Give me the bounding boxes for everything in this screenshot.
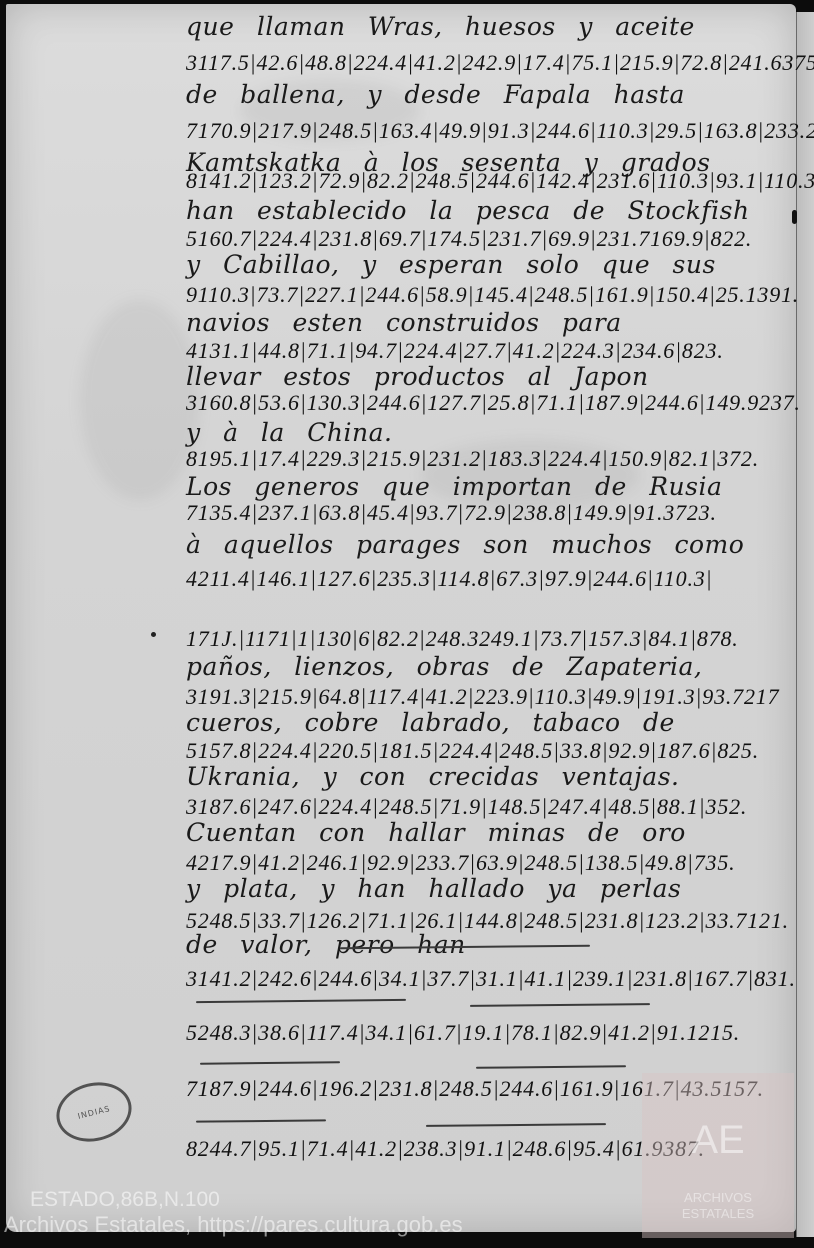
cipher-line: 7170.9|217.9|248.5|163.4|49.9|91.3|244.6…: [186, 118, 814, 144]
paper-stain: [80, 300, 200, 500]
cipher-line: 3191.3|215.9|64.8|117.4|41.2|223.9|110.3…: [186, 684, 779, 710]
prose-line: paños, lienzos, obras de Zapateria,: [186, 652, 702, 681]
logo-line-1: ARCHIVOS: [642, 1190, 794, 1206]
prose-line: que llaman Wras, huesos y aceite: [186, 12, 695, 41]
prose-line: Los generos que importan de Rusia: [186, 472, 722, 501]
page-edge: [796, 12, 814, 1237]
cipher-line: 5248.3|38.6|117.4|34.1|61.7|19.1|78.1|82…: [186, 1020, 740, 1046]
prose-line: à aquellos parages son muchos como: [186, 530, 744, 559]
prose-line: de valor, pero han: [186, 930, 466, 959]
prose-line: de ballena, y desde Fapala hasta: [186, 80, 685, 109]
archive-logo-icon: AE: [642, 1118, 794, 1162]
cipher-line: 4211.4|146.1|127.6|235.3|114.8|67.3|97.9…: [186, 566, 712, 592]
cipher-line: 5157.8|224.4|220.5|181.5|224.4|248.5|33.…: [186, 738, 759, 764]
ink-blot: [792, 210, 797, 224]
cipher-line: 5160.7|224.4|231.8|69.7|174.5|231.7|69.9…: [186, 226, 752, 252]
cipher-line: 3160.8|53.6|130.3|244.6|127.7|25.8|71.1|…: [186, 390, 801, 416]
cipher-line: 171J.|1171|1|130|6|82.2|248.3249.1|73.7|…: [186, 626, 739, 652]
prose-line: han establecido la pesca de Stockfish: [186, 196, 750, 225]
archive-logo-watermark: AE ARCHIVOS ESTATALES: [642, 1073, 794, 1238]
cipher-line: 3187.6|247.6|224.4|248.5|71.9|148.5|247.…: [186, 794, 747, 820]
cipher-line: 3141.2|242.6|244.6|34.1|37.7|31.1|41.1|2…: [186, 966, 796, 992]
prose-line: y à la China.: [186, 418, 392, 447]
ink-dot: [151, 632, 156, 637]
archive-source-link: Archivos Estatales, https://pares.cultur…: [4, 1212, 463, 1238]
cipher-line: 8195.1|17.4|229.3|215.9|231.2|183.3|224.…: [186, 446, 759, 472]
logo-line-2: ESTATALES: [642, 1206, 794, 1222]
cipher-line: 8244.7|95.1|71.4|41.2|238.3|91.1|248.6|9…: [186, 1136, 705, 1162]
archive-reference: ESTADO,86B,N.100: [30, 1188, 220, 1212]
cipher-line: 8141.2|123.2|72.9|82.2|248.5|244.6|142.4…: [186, 168, 814, 194]
prose-line: navios esten construidos para: [186, 308, 622, 337]
cipher-line: 7135.4|237.1|63.8|45.4|93.7|72.9|238.8|1…: [186, 500, 717, 526]
cipher-line: 4217.9|41.2|246.1|92.9|233.7|63.9|248.5|…: [186, 850, 735, 876]
prose-line: y plata, y han hallado ya perlas: [186, 874, 681, 903]
cipher-line: 9110.3|73.7|227.1|244.6|58.9|145.4|248.5…: [186, 282, 799, 308]
cipher-line: 3117.5|42.6|48.8|224.4|41.2|242.9|17.4|7…: [186, 50, 814, 76]
cipher-line: 4131.1|44.8|71.1|94.7|224.4|27.7|41.2|22…: [186, 338, 724, 364]
prose-line: Cuentan con hallar minas de oro: [186, 818, 686, 847]
prose-line: Ukrania, y con crecidas ventajas.: [186, 762, 679, 791]
prose-line: y Cabillao, y esperan solo que sus: [186, 250, 716, 279]
seal-text: INDIAS: [77, 1104, 112, 1121]
prose-line: llevar estos productos al Japon: [186, 362, 649, 391]
prose-line: cueros, cobre labrado, tabaco de: [186, 708, 675, 737]
